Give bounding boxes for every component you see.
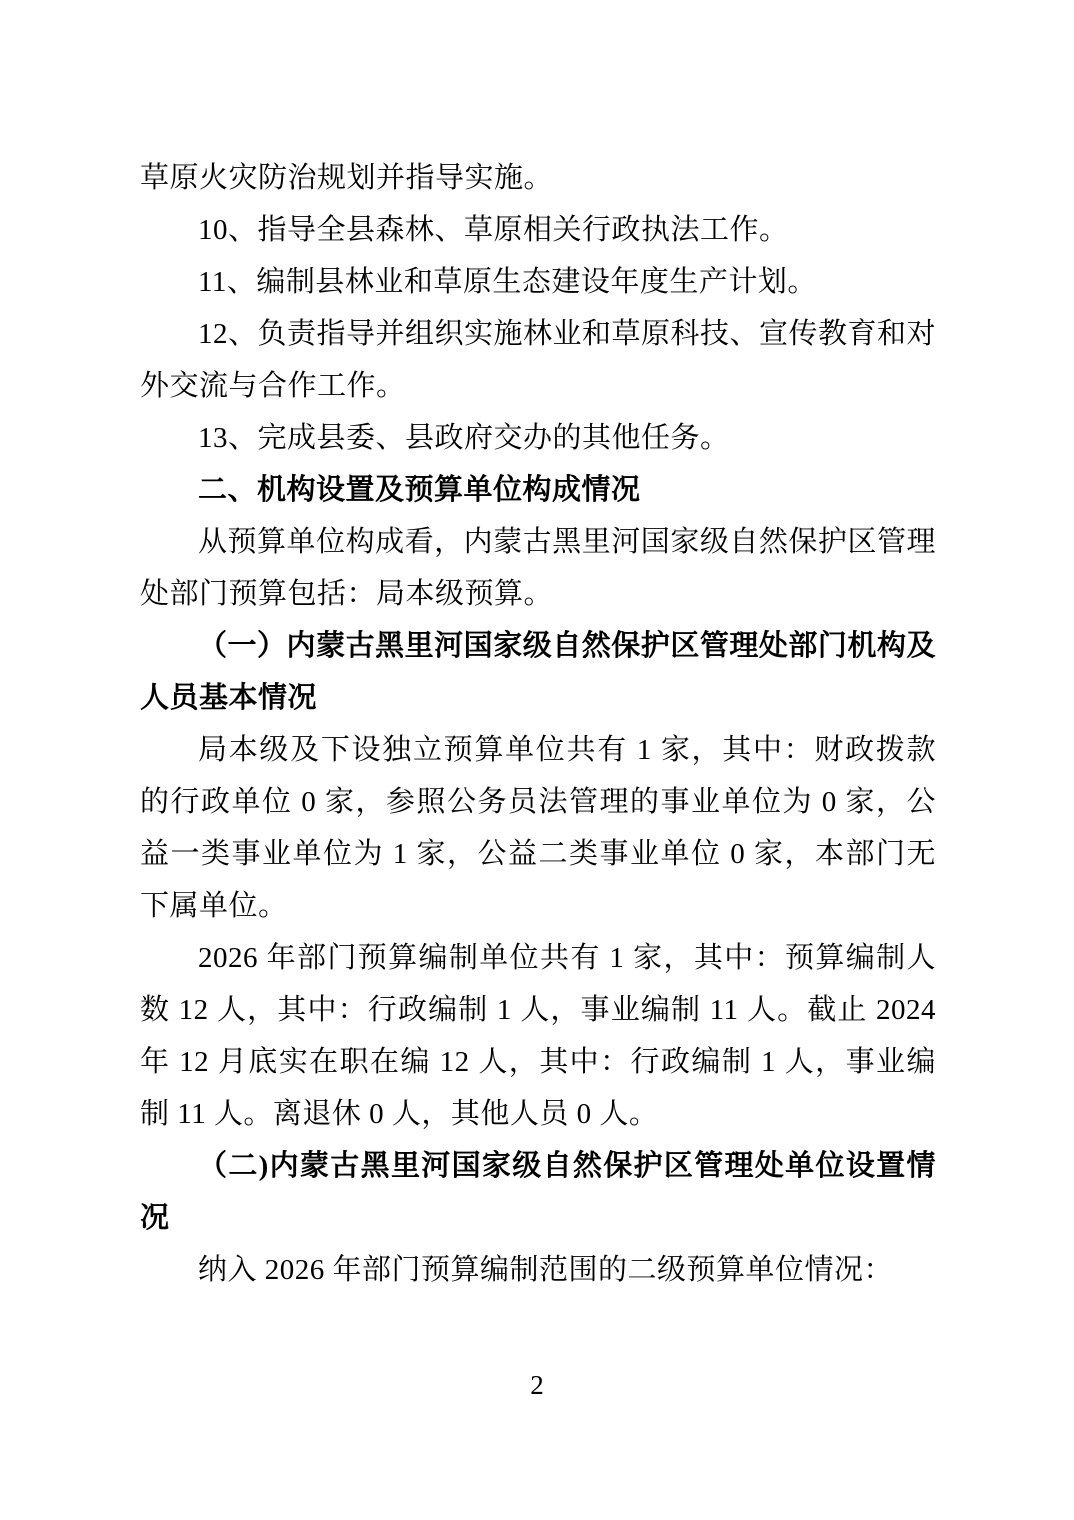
para-unit-counts: 局本级及下设独立预算单位共有 1 家，其中：财政拨款的行政单位 0 家，参照公务… — [140, 724, 936, 932]
page-number: 2 — [0, 1368, 1074, 1402]
document-body: 草原火灾防治规划并指导实施。 10、指导全县森林、草原相关行政执法工作。 11、… — [140, 152, 936, 1296]
para-budget-composition: 从预算单位构成看，内蒙古黑里河国家级自然保护区管理处部门预算包括：局本级预算。 — [140, 516, 936, 620]
document-page: 草原火灾防治规划并指导实施。 10、指导全县森林、草原相关行政执法工作。 11、… — [0, 0, 1074, 1520]
subheading-1-org-and-personnel: （一）内蒙古黑里河国家级自然保护区管理处部门机构及人员基本情况 — [140, 620, 936, 724]
para-item-11: 11、编制县林业和草原生态建设年度生产计划。 — [140, 256, 936, 308]
para-fire-prevention-continuation: 草原火灾防治规划并指导实施。 — [140, 152, 936, 204]
subheading-2-unit-setup: （二)内蒙古黑里河国家级自然保护区管理处单位设置情况 — [140, 1140, 936, 1244]
para-staffing-2026: 2026 年部门预算编制单位共有 1 家，其中：预算编制人数 12 人，其中：行… — [140, 932, 936, 1140]
para-item-12: 12、负责指导并组织实施林业和草原科技、宣传教育和对外交流与合作工作。 — [140, 308, 936, 412]
para-item-10: 10、指导全县森林、草原相关行政执法工作。 — [140, 204, 936, 256]
para-item-13: 13、完成县委、县政府交办的其他任务。 — [140, 412, 936, 464]
para-second-level-units: 纳入 2026 年部门预算编制范围的二级预算单位情况： — [140, 1244, 936, 1296]
heading-section-2-org-setup: 二、机构设置及预算单位构成情况 — [140, 464, 936, 516]
